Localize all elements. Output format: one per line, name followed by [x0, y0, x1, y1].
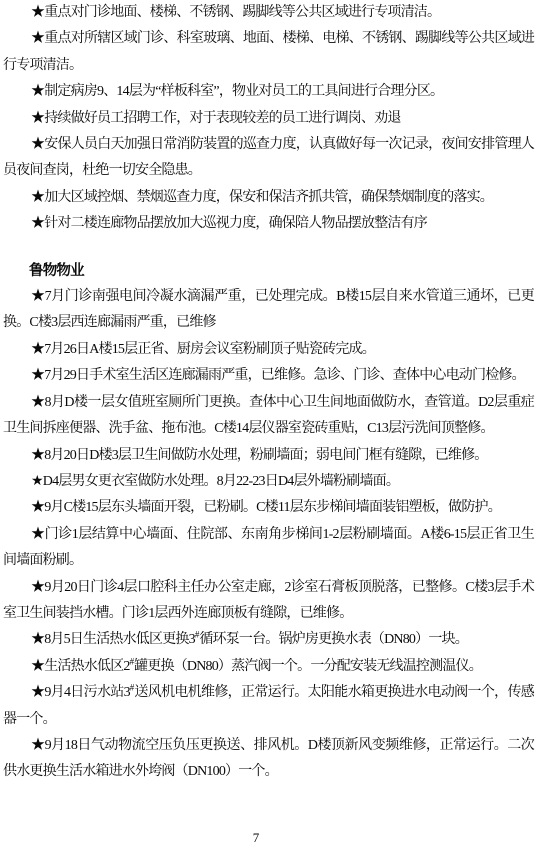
paragraph: ★D4层男女更衣室做防水处理。8月22-23日D4层外墙粉刷墙面。: [3, 469, 534, 495]
paragraph: ★持续做好员工招聘工作，对于表现较差的员工进行调岗、劝退: [3, 106, 534, 132]
paragraph: ★8月5日生活热水低区更换3#循环泵一台。锅炉房更换水表（DN80）一块。: [3, 627, 534, 653]
paragraph: ★9月18日气动物流空压负压更换送、排风机。D楼顶新风变频维修，正常运行。二次供…: [3, 733, 534, 786]
paragraph: ★生活热水低区2#罐更换（DN80）蒸汽阀一个。一分配安装无线温控测温仪。: [3, 654, 534, 680]
star-bullet-icon: ★: [31, 448, 44, 463]
paragraph: ★7月26日A楼15层正省、厨房会议室粉刷顶子贴瓷砖完成。: [3, 337, 534, 363]
star-bullet-icon: ★: [31, 137, 44, 152]
star-bullet-icon: ★: [31, 111, 44, 126]
paragraph: ★9月C楼15层东头墙面开裂，已粉刷。C楼11层东步梯间墙面装铝塑板，做防护。: [3, 495, 534, 521]
paragraph: ★安保人员白天加强日常消防装置的巡查力度，认真做好每一次记录，夜间安排管理人员夜…: [3, 132, 534, 185]
paragraph: ★8月20日D楼3层卫生间做防水处理，粉刷墙面；弱电间门框有缝隙，已维修。: [3, 443, 534, 469]
paragraph: ★重点对所辖区域门诊、科室玻璃、地面、楼梯、电梯、不锈钢、踢脚线等公共区域进行专…: [3, 26, 534, 79]
section-heading: 鲁物物业: [3, 258, 534, 284]
paragraph: ★制定病房9、14层为“样板科室”，物业对员工的工具间进行合理分区。: [3, 79, 534, 105]
star-bullet-icon: ★: [31, 342, 44, 357]
star-bullet-icon: ★: [31, 527, 45, 542]
paragraph: ★7月29日手术室生活区连廊漏雨严重，已维修。急诊、门诊、查体中心电动门检修。: [3, 363, 534, 389]
document-page: ★重点对门诊地面、楼梯、不锈钢、踢脚线等公共区域进行专项清洁。★重点对所辖区域门…: [0, 0, 538, 851]
paragraph: ★8月D楼一层女值班室厕所门更换。查体中心卫生间地面做防水，查管道。D2层重症卫…: [3, 390, 534, 443]
document-body: ★重点对门诊地面、楼梯、不锈钢、踢脚线等公共区域进行专项清洁。★重点对所辖区域门…: [3, 0, 534, 786]
paragraph: ★9月4日污水站3#送风机电机维修，正常运行。太阳能水箱更换进水电动阀一个，传感…: [3, 680, 534, 733]
star-bullet-icon: ★: [31, 500, 44, 515]
paragraph: ★7月门诊南强电间冷凝水滴漏严重，已处理完成。B楼15层自来水管道三通坏，已更换…: [3, 284, 534, 337]
paragraph: ★加大区域控烟、禁烟巡查力度，保安和保洁齐抓共管，确保禁烟制度的落实。: [3, 185, 534, 211]
superscript-number-mark: #: [195, 630, 200, 640]
star-bullet-icon: ★: [31, 190, 44, 205]
star-bullet-icon: ★: [31, 5, 44, 20]
paragraph: ★9月20日门诊4层口腔科主任办公室走廊，2诊室石膏板顶脱落，已整修。C楼3层手…: [3, 575, 534, 628]
star-bullet-icon: ★: [31, 659, 44, 674]
superscript-number-mark: #: [130, 683, 135, 693]
star-bullet-icon: ★: [31, 368, 44, 383]
star-bullet-icon: ★: [31, 31, 44, 46]
star-bullet-icon: ★: [31, 632, 44, 647]
star-bullet-icon: ★: [31, 474, 43, 489]
superscript-number-mark: #: [130, 656, 135, 666]
star-bullet-icon: ★: [31, 685, 44, 700]
page-number: 7: [0, 830, 512, 846]
star-bullet-icon: ★: [31, 289, 45, 304]
star-bullet-icon: ★: [31, 216, 44, 231]
paragraph: ★重点对门诊地面、楼梯、不锈钢、踢脚线等公共区域进行专项清洁。: [3, 0, 534, 26]
paragraph: ★门诊1层结算中心墙面、住院部、东南角步梯间1-2层粉刷墙面。A楼6-15层正省…: [3, 522, 534, 575]
star-bullet-icon: ★: [31, 738, 45, 753]
star-bullet-icon: ★: [31, 580, 44, 595]
star-bullet-icon: ★: [31, 395, 44, 410]
star-bullet-icon: ★: [31, 84, 44, 99]
paragraph: ★针对二楼连廊物品摆放加大巡视力度，确保陪人物品摆放整洁有序: [3, 211, 534, 237]
